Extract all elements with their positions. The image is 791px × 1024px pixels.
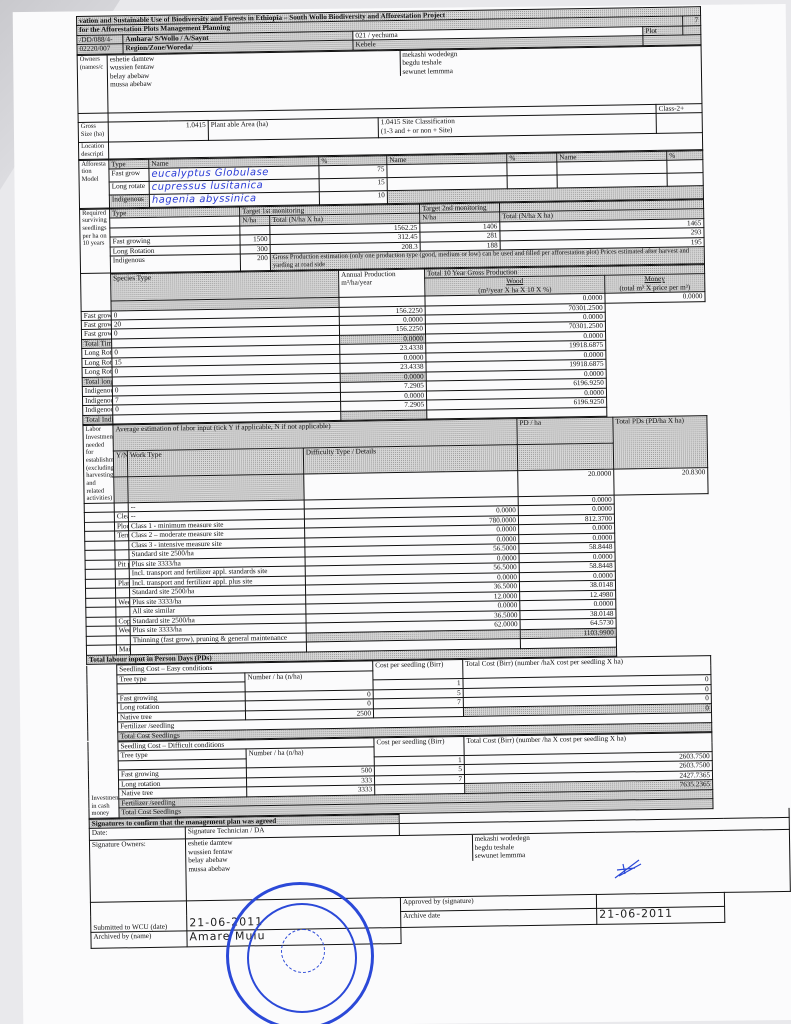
seedling-difficult-table: Investment in cash money Seedling Cost –… (87, 732, 713, 819)
location-label: Location descripti (78, 142, 108, 159)
yn-checkbox[interactable] (86, 626, 116, 636)
yn-checkbox[interactable] (85, 560, 115, 570)
labor-table: Labor Investments needed for establishme… (82, 415, 711, 665)
seedlings-table: Required surviving seedlings per ha on 1… (79, 199, 705, 274)
afforestation-model-label: Afforesta tion Model (79, 160, 110, 208)
stamp-emblem-icon (281, 929, 325, 973)
yn-checkbox[interactable] (85, 569, 115, 579)
signatures-table: Signatures to confirm that the managemen… (89, 808, 791, 949)
labor-label: Labor Investments needed for establishme… (83, 425, 114, 503)
plantable-value: 1.0415 (381, 118, 401, 126)
yn-checkbox[interactable] (84, 512, 114, 522)
yn-checkbox[interactable] (85, 541, 115, 551)
official-stamp-icon (226, 882, 374, 1024)
signature-scribble-icon (613, 858, 643, 880)
owners-label: Owners (names/c (77, 55, 108, 113)
yn-checkbox[interactable] (85, 550, 115, 560)
plot-code-2: 02220/007 (77, 44, 123, 54)
site-classification-label: Site Classification (402, 117, 455, 126)
gross-size-value: 1.0415 (108, 121, 208, 143)
yn-checkbox[interactable] (86, 636, 116, 646)
management-plan-form: vation and Sustainable Use of Biodiversi… (76, 6, 715, 949)
gross-size-label: Gross Size (ha) (78, 122, 108, 142)
yn-checkbox[interactable] (86, 617, 116, 627)
investment-label: Investment in cash money (88, 742, 119, 818)
owners-site-table: Owners (names/c eshetie damtew wussien f… (77, 45, 704, 160)
yn-checkbox[interactable] (86, 645, 116, 655)
yn-checkbox[interactable] (84, 522, 114, 532)
yn-checkbox[interactable] (85, 579, 115, 589)
seedling-easy-table: Seedling Cost – Easy conditions Cost per… (86, 655, 712, 742)
production-table: Species Type Annual Production m³/ha/yea… (80, 264, 707, 426)
owner-name: sewunet lemmma (402, 67, 482, 77)
seedlings-label: Required surviving seedlings per ha on 1… (80, 209, 111, 273)
yn-checkbox[interactable] (85, 531, 115, 541)
yn-checkbox[interactable] (84, 503, 114, 513)
yn-checkbox[interactable] (85, 588, 115, 598)
yn-checkbox[interactable] (86, 598, 116, 608)
corner-number: 7 (683, 16, 701, 26)
site-classification-sub: (1-3 and + or non + Site) (381, 126, 453, 135)
yn-checkbox[interactable] (86, 607, 116, 617)
plantable-label: Plant able Area (ha) (208, 118, 378, 141)
